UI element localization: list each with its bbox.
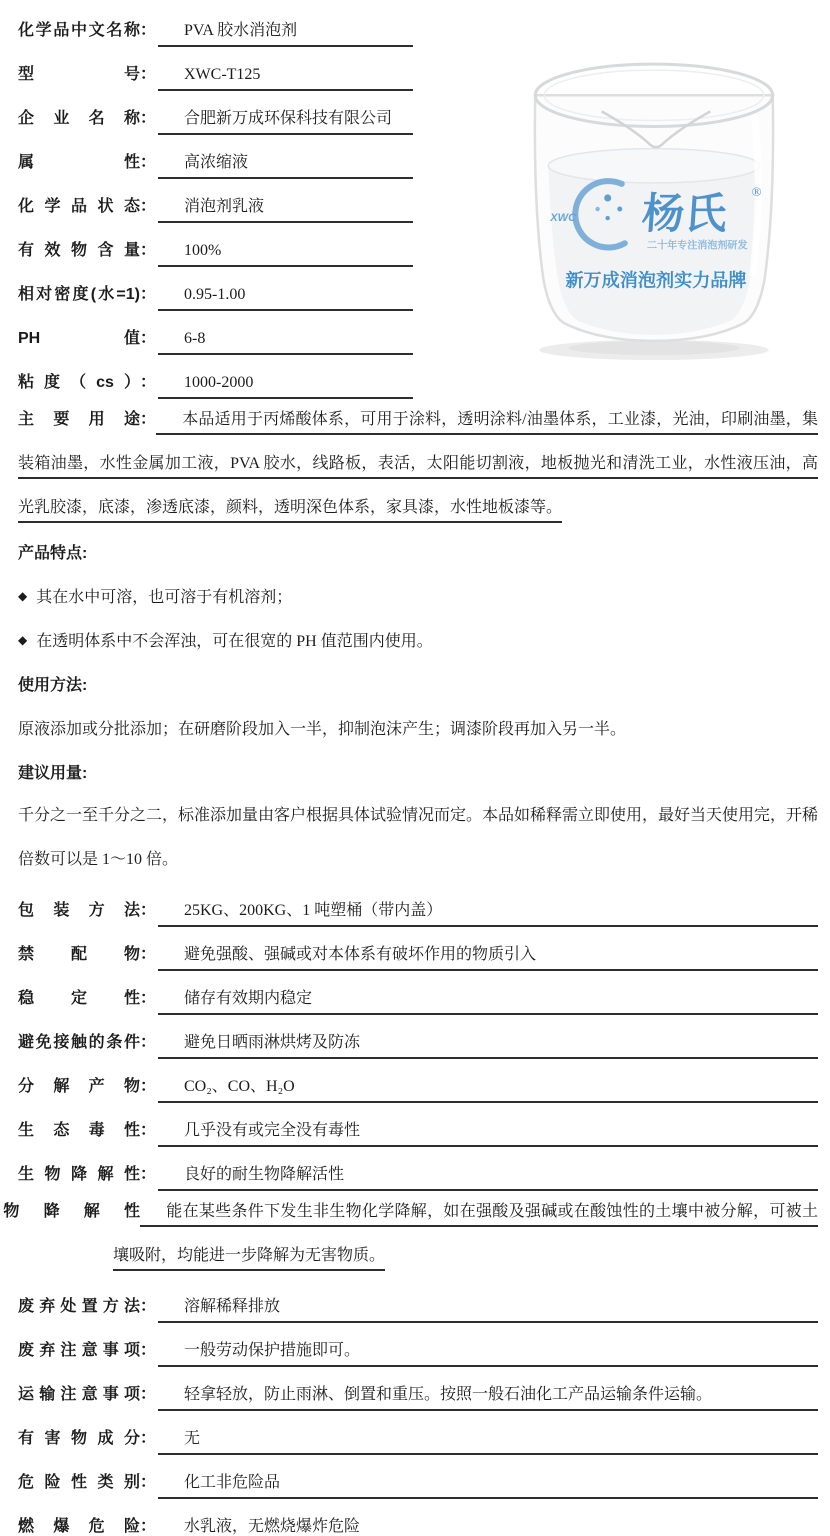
colon: ：	[140, 61, 156, 84]
field-value: 100%	[158, 242, 413, 267]
field-label: 危险性类别	[18, 1469, 140, 1492]
field-label: 非生物降解性	[18, 1190, 140, 1234]
colon: ：	[140, 1117, 156, 1140]
field-value: 储存有效期内稳定	[158, 985, 818, 1015]
field-value: 高浓缩液	[158, 149, 413, 179]
colon: ：	[140, 237, 156, 260]
colon: ：	[140, 17, 156, 40]
product-spec-sheet: 化学品中文名称： PVA 胶水消泡剂 型号： XWC-T125 企业名称： 合肥…	[0, 0, 830, 1536]
colon: ：	[140, 1337, 156, 1360]
colon: ：	[140, 1029, 156, 1052]
field-value: 0.95-1.00	[158, 286, 413, 311]
field-value: 良好的耐生物降解活性	[158, 1161, 818, 1191]
colon: ：	[140, 941, 156, 964]
colon: ：	[140, 149, 156, 172]
colon: ：	[140, 281, 156, 304]
diamond-bullet-icon: ◆	[18, 589, 27, 603]
field-value: 轻拿轻放，防止雨淋、倒置和重压。按照一般石油化工产品运输条件运输。	[158, 1381, 818, 1411]
field-value: 避免强酸、强碱或对本体系有破坏作用的物质引入	[158, 941, 818, 971]
logo-bubble-icon	[605, 216, 609, 220]
field-label: 分解产物	[18, 1073, 140, 1096]
field-chemical-state: 化学品状态： 消泡剂乳液	[18, 178, 413, 222]
field-value: 1000-2000	[158, 374, 413, 399]
logo-bubble-icon	[617, 207, 622, 212]
field-label: 属性	[18, 149, 140, 172]
field-label: 企业名称	[18, 105, 140, 128]
section-heading-dosage: 建议用量:	[18, 750, 818, 794]
colon: ：	[140, 1513, 156, 1536]
field-label: 生态毒性	[18, 1117, 140, 1140]
field-label: 相对密度(水=1)	[18, 281, 140, 304]
feature-text: 其在水中可溶，也可溶于有机溶剂；	[36, 589, 292, 606]
field-label: 废弃注意事项	[18, 1337, 140, 1360]
field-hazardous-components: 有害物成分： 无	[18, 1410, 818, 1454]
dosage-text: 千分之一至千分之二，标准添加量由客户根据具体试验情况而定。本品如稀释需立即使用，…	[18, 794, 818, 882]
field-packaging: 包装方法： 25KG、200KG、1 吨塑桶（带内盖）	[18, 882, 818, 926]
beaker-shadow-inner	[568, 341, 739, 355]
field-value: 一般劳动保护措施即可。	[158, 1337, 818, 1367]
field-eco-toxicity: 生态毒性： 几乎没有或完全没有毒性	[18, 1102, 818, 1146]
beaker-image: XWC 杨氏 ® 二十年专注消泡剂研发 新万成消泡剂实力品牌	[503, 44, 810, 366]
usage-text: 原液添加或分批添加；在研磨阶段加入一半，抑制泡沫产生；调漆阶段再加入另一半。	[18, 706, 818, 750]
field-value: 消泡剂乳液	[158, 193, 413, 223]
colon: ：	[140, 1425, 156, 1448]
field-label: 型号	[18, 61, 140, 84]
colon: ：	[140, 105, 156, 128]
field-active-content: 有效物含量： 100%	[18, 222, 413, 266]
field-property: 属性： 高浓缩液	[18, 134, 413, 178]
logo-brand-name: 杨氏	[640, 191, 728, 238]
field-avoid-conditions: 避免接触的条件： 避免日晒雨淋烘烤及防冻	[18, 1014, 818, 1058]
field-label: 粘度（cs）	[18, 369, 140, 392]
field-value: 25KG、200KG、1 吨塑桶（带内盖）	[158, 897, 818, 927]
field-value: 化工非危险品	[158, 1469, 818, 1499]
section-heading-features: 产品特点:	[18, 530, 818, 574]
colon: ：	[140, 193, 156, 216]
field-label: 主要用途	[18, 398, 140, 442]
field-label: PH值	[18, 325, 140, 348]
field-incompatible-materials: 禁配物： 避免强酸、强碱或对本体系有破坏作用的物质引入	[18, 926, 818, 970]
field-value: 溶解稀释排放	[158, 1293, 818, 1323]
field-company: 企业名称： 合肥新万成环保科技有限公司	[18, 90, 413, 134]
field-value: 水乳液，无燃烧爆炸危险	[158, 1513, 818, 1536]
feature-text: 在透明体系中不会浑浊，可在很宽的 PH 值范围内使用。	[36, 633, 432, 650]
colon: ：	[140, 1293, 156, 1316]
field-value: 合肥新万成环保科技有限公司	[158, 105, 413, 135]
field-hazard-class: 危险性类别： 化工非危险品	[18, 1454, 818, 1498]
brand-slogan: 新万成消泡剂实力品牌	[565, 270, 746, 291]
field-value: 避免日晒雨淋烘烤及防冻	[158, 1029, 818, 1059]
field-label: 有害物成分	[18, 1425, 140, 1448]
field-disposal-precautions: 废弃注意事项： 一般劳动保护措施即可。	[18, 1322, 818, 1366]
colon: ：	[140, 1381, 156, 1404]
liquid-surface	[548, 149, 759, 183]
field-biodegradability: 生物降解性： 良好的耐生物降解活性	[18, 1146, 818, 1190]
colon: ：	[140, 1469, 156, 1492]
colon: ：	[140, 325, 156, 348]
field-non-biodegradability: 非生物降解性：能在某些条件下发生非生物化学降解，如在强酸及强碱或在酸蚀性的土壤中…	[18, 1190, 818, 1278]
field-label: 燃爆危险	[18, 1513, 140, 1536]
diamond-bullet-icon: ◆	[18, 633, 27, 647]
field-transport-precautions: 运输注意事项： 轻拿轻放，防止雨淋、倒置和重压。按照一般石油化工产品运输条件运输…	[18, 1366, 818, 1410]
field-value: 能在某些条件下发生非生物化学降解，如在强酸及强碱或在酸蚀性的土壤中被分解，可被土…	[113, 1203, 818, 1271]
field-main-use: 主要用途：本品适用于丙烯酸体系，可用于涂料，透明涂料/油墨体系，工业漆，光油，印…	[18, 398, 818, 530]
logo-bubble-icon	[604, 194, 611, 201]
field-decomposition-products: 分解产物： CO₂、CO、H₂O	[18, 1058, 818, 1102]
field-label: 禁配物	[18, 941, 140, 964]
logo-bubble-icon	[595, 207, 599, 211]
field-value: 无	[158, 1425, 818, 1455]
logo-xwc-text: XWC	[549, 212, 577, 224]
field-relative-density: 相对密度(水=1)： 0.95-1.00	[18, 266, 413, 310]
field-value: 几乎没有或完全没有毒性	[158, 1117, 818, 1147]
field-ph: PH值： 6-8	[18, 310, 413, 354]
section-heading-usage: 使用方法:	[18, 662, 818, 706]
feature-item: ◆其在水中可溶，也可溶于有机溶剂；	[18, 574, 818, 618]
field-label: 化学品中文名称	[18, 17, 140, 40]
field-value: PVA 胶水消泡剂	[158, 17, 413, 47]
feature-item: ◆在透明体系中不会浑浊，可在很宽的 PH 值范围内使用。	[18, 618, 818, 662]
colon: ：	[140, 1073, 156, 1096]
field-explosion-hazard: 燃爆危险： 水乳液，无燃烧爆炸危险	[18, 1498, 818, 1536]
field-label: 稳定性	[18, 985, 140, 1008]
colon: ：	[140, 985, 156, 1008]
field-label: 有效物含量	[18, 237, 140, 260]
field-chemical-name: 化学品中文名称： PVA 胶水消泡剂	[18, 2, 413, 46]
colon: ：	[140, 897, 156, 920]
colon: ：	[140, 398, 156, 442]
field-value: CO₂、CO、H₂O	[158, 1073, 818, 1103]
field-stability: 稳定性： 储存有效期内稳定	[18, 970, 818, 1014]
registered-mark-icon: ®	[752, 184, 762, 199]
colon: ：	[140, 1161, 156, 1184]
product-photo-beaker: XWC 杨氏 ® 二十年专注消泡剂研发 新万成消泡剂实力品牌	[503, 44, 810, 366]
field-viscosity: 粘度（cs）： 1000-2000	[18, 354, 413, 398]
field-value: 6-8	[158, 330, 413, 355]
field-label: 包装方法	[18, 897, 140, 920]
field-disposal-method: 废弃处置方法： 溶解稀释排放	[18, 1278, 818, 1322]
field-label: 生物降解性	[18, 1161, 140, 1184]
field-label: 化学品状态	[18, 193, 140, 216]
field-label: 运输注意事项	[18, 1381, 140, 1404]
logo-tagline: 二十年专注消泡剂研发	[647, 238, 747, 251]
field-value: XWC-T125	[158, 66, 413, 91]
field-label: 废弃处置方法	[18, 1293, 140, 1316]
field-label: 避免接触的条件	[18, 1029, 140, 1052]
colon: ：	[140, 369, 156, 392]
field-model: 型号： XWC-T125	[18, 46, 413, 90]
